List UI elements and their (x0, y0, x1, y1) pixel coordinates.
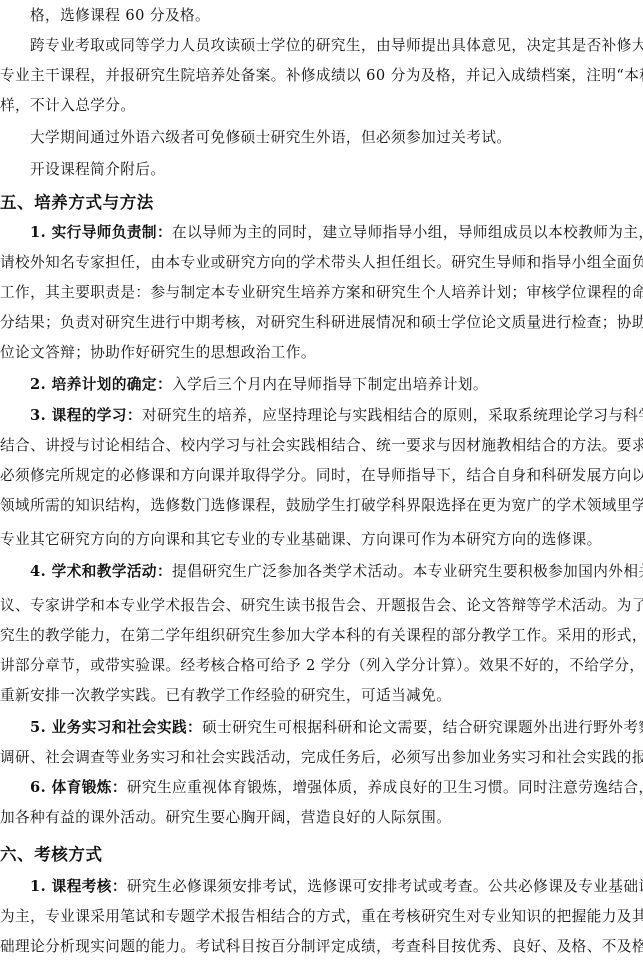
paragraph-line: 3. 课程的学习：对研究生的培养，应坚持理论与实践相结合的原则，采取系统理论学习… (0, 406, 643, 426)
paragraph-line: 开设课程简介附后。 (0, 160, 643, 180)
item-lead-title: 1. 实行导师负责制： (30, 224, 172, 241)
paragraph-line: 讲部分章节，或带实验课。经考核合格可给予 2 学分（列入学分计算）。效果不好的，… (0, 656, 643, 676)
line-text: 样，不计入总学分。 (0, 97, 135, 114)
paragraph-line: 为主，专业课采用笔试和专题学术报告相结合的方式，重在考核研究生对专业知识的把握能… (0, 907, 643, 927)
paragraph-line: 样，不计入总学分。 (0, 96, 643, 116)
line-text: 对研究生的培养，应坚持理论与实践相结合的原则，采取系统理论学习与科学研究相 (142, 407, 643, 424)
paragraph-line: 究生的教学能力，在第二学年组织研究生参加大学本科的有关课程的部分教学工作。采用的… (0, 626, 643, 646)
item-lead-title: 2. 培养计划的确定： (30, 376, 172, 393)
paragraph-line: 加各种有益的课外活动。研究生要心胸开阔，营造良好的人际氛围。 (0, 808, 643, 828)
paragraph-line: 大学期间通过外语六级者可免修硕士研究生外语，但必须参加过关考试。 (0, 128, 643, 148)
line-text: 研究生应重视体育锻炼，增强体质，养成良好的卫生习惯。同时注意劳逸结合，积极参 (127, 779, 643, 796)
line-text: 必须修完所规定的必修课和方向课并取得学分。同时，在导师指导下，结合自身和科研发展… (0, 467, 643, 484)
item-lead-title: 1. 课程考核： (30, 878, 127, 895)
paragraph-line: 5. 业务实习和社会实践：硕士研究生可根据科研和论文需要，结合研究课题外出进行野… (0, 718, 643, 738)
line-text: 提倡研究生广泛参加各类学术活动。本专业研究生要积极参加国内外相关学术会 (172, 563, 643, 580)
line-text: 跨专业考取或同等学力人员攻读硕士学位的研究生，由导师提出具体意见，决定其是否补修… (30, 37, 643, 54)
line-text: 为主，专业课采用笔试和专题学术报告相结合的方式，重在考核研究生对专业知识的把握能… (0, 908, 643, 925)
line-text: 调研、社会调查等业务实习和社会实践活动，完成任务后，必须写出参加业务实习和社会实… (0, 749, 643, 766)
paragraph-line: 必须修完所规定的必修课和方向课并取得学分。同时，在导师指导下，结合自身和科研发展… (0, 466, 643, 486)
line-text: 础理论分析现实问题的能力。考试科目按百分制评定成绩，考查科目按优秀、良好、及格、… (0, 938, 643, 955)
line-text: 五、培养方式与方法 (0, 193, 154, 212)
paragraph-line: 础理论分析现实问题的能力。考试科目按百分制评定成绩，考查科目按优秀、良好、及格、… (0, 937, 643, 957)
line-text: 专业主干课程，并报研究生院培养处备案。补修成绩以 60 分为及格，并记入成绩档案… (0, 67, 643, 84)
paragraph-line: 6. 体育锻炼：研究生应重视体育锻炼，增强体质，养成良好的卫生习惯。同时注意劳逸… (0, 778, 643, 798)
paragraph-line: 领域所需的知识结构，选修数门选修课程，鼓励学生打破学科界限选择在更为宽广的学术领… (0, 496, 643, 516)
paragraph-line: 议、专家讲学和本专业学术报告会、研究生读书报告会、开题报告会、论文答辩等学术活动… (0, 596, 643, 616)
line-text: 开设课程简介附后。 (30, 161, 165, 178)
item-lead-title: 4. 学术和教学活动： (30, 563, 172, 580)
item-lead-title: 6. 体育锻炼： (30, 779, 127, 796)
line-text: 分结果；负责对研究生进行中期考核，对研究生科研进展情况和硕士学位论文质量进行检查… (0, 314, 643, 331)
line-text: 讲部分章节，或带实验课。经考核合格可给予 2 学分（列入学分计算）。效果不好的，… (0, 657, 643, 674)
paragraph-line: 1. 实行导师负责制：在以导师为主的同时，建立导师指导小组，导师组成员以本校教师… (0, 223, 643, 243)
line-text: 硕士研究生可根据科研和论文需要，结合研究课题外出进行野外考察、基地 (202, 719, 643, 736)
paragraph-line: 专业主干课程，并报研究生院培养处备案。补修成绩以 60 分为及格，并记入成绩档案… (0, 66, 643, 86)
line-text: 工作，其主要职责是：参与制定本专业研究生培养方案和研究生个人培养计划；审核学位课… (0, 284, 643, 301)
section-heading: 五、培养方式与方法 (0, 192, 643, 214)
paragraph-line: 格，选修课程 60 分及格。 (0, 6, 643, 26)
line-text: 在以导师为主的同时，建立导师指导小组，导师组成员以本校教师为主，也可聘 (172, 224, 643, 241)
section-heading: 六、考核方式 (0, 844, 643, 866)
line-text: 入学后三个月内在导师指导下制定出培养计划。 (172, 376, 488, 393)
paragraph-line: 重新安排一次教学实践。已有教学工作经验的研究生，可适当减免。 (0, 686, 643, 706)
line-text: 研究生必修课须安排考试，选修课可安排考试或考查。公共必修课及专业基础课以笔试 (127, 878, 643, 895)
item-lead-title: 3. 课程的学习： (30, 407, 142, 424)
line-text: 加各种有益的课外活动。研究生要心胸开阔，营造良好的人际氛围。 (0, 809, 451, 826)
line-text: 大学期间通过外语六级者可免修硕士研究生外语，但必须参加过关考试。 (30, 129, 511, 146)
line-text: 领域所需的知识结构，选修数门选修课程，鼓励学生打破学科界限选择在更为宽广的学术领… (0, 497, 643, 514)
paragraph-line: 工作，其主要职责是：参与制定本专业研究生培养方案和研究生个人培养计划；审核学位课… (0, 283, 643, 303)
paragraph-line: 分结果；负责对研究生进行中期考核，对研究生科研进展情况和硕士学位论文质量进行检查… (0, 313, 643, 333)
line-text: 格，选修课程 60 分及格。 (30, 7, 210, 24)
line-text: 结合、讲授与讨论相结合、校内学习与社会实践相结合、统一要求与因材施教相结合的方法… (0, 437, 643, 454)
paragraph-line: 位论文答辩；协助作好研究生的思想政治工作。 (0, 343, 643, 363)
paragraph-line: 调研、社会调查等业务实习和社会实践活动，完成任务后，必须写出参加业务实习和社会实… (0, 748, 643, 768)
paragraph-line: 4. 学术和教学活动：提倡研究生广泛参加各类学术活动。本专业研究生要积极参加国内… (0, 562, 643, 582)
paragraph-line: 专业其它研究方向的方向课和其它专业的专业基础课、方向课可作为本研究方向的选修课。 (0, 530, 643, 550)
line-text: 请校外知名专家担任，由本专业或研究方向的学术带头人担任组长。研究生导师和指导小组… (0, 254, 643, 271)
item-lead-title: 5. 业务实习和社会实践： (30, 719, 202, 736)
paragraph-line: 结合、讲授与讨论相结合、校内学习与社会实践相结合、统一要求与因材施教相结合的方法… (0, 436, 643, 456)
paragraph-line: 请校外知名专家担任，由本专业或研究方向的学术带头人担任组长。研究生导师和指导小组… (0, 253, 643, 273)
paragraph-line: 2. 培养计划的确定：入学后三个月内在导师指导下制定出培养计划。 (0, 375, 643, 395)
line-text: 议、专家讲学和本专业学术报告会、研究生读书报告会、开题报告会、论文答辩等学术活动… (0, 597, 643, 614)
line-text: 位论文答辩；协助作好研究生的思想政治工作。 (0, 344, 316, 361)
line-text: 专业其它研究方向的方向课和其它专业的专业基础课、方向课可作为本研究方向的选修课。 (0, 531, 602, 548)
line-text: 六、考核方式 (0, 845, 103, 864)
paragraph-line: 1. 课程考核：研究生必修课须安排考试，选修课可安排考试或考查。公共必修课及专业… (0, 877, 643, 897)
paragraph-line: 跨专业考取或同等学力人员攻读硕士学位的研究生，由导师提出具体意见，决定其是否补修… (0, 36, 643, 56)
line-text: 究生的教学能力，在第二学年组织研究生参加大学本科的有关课程的部分教学工作。采用的… (0, 627, 643, 644)
line-text: 重新安排一次教学实践。已有教学工作经验的研究生，可适当减免。 (0, 687, 451, 704)
